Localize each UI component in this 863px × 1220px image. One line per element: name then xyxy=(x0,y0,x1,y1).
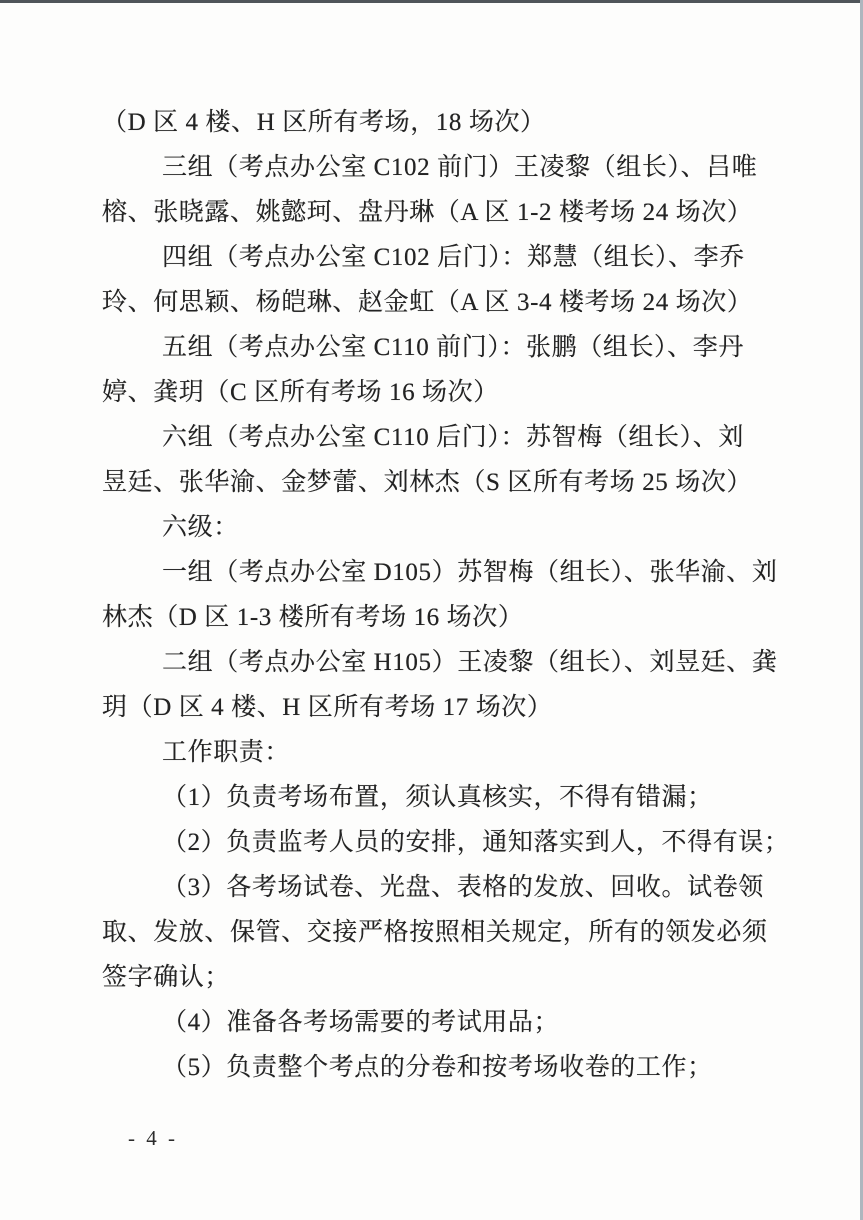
text-line: 二组（考点办公室 H105）王凌黎（组长）、刘昱廷、龚 xyxy=(102,640,770,685)
text-line: 六组（考点办公室 C110 后门）：苏智梅（组长）、刘 xyxy=(102,415,770,460)
text-line: 林杰（D 区 1-3 楼所有考场 16 场次） xyxy=(102,595,770,640)
text-line: 婷、龚玥（C 区所有考场 16 场次） xyxy=(102,370,770,415)
text-line: 取、发放、保管、交接严格按照相关规定，所有的领发必须 xyxy=(102,910,770,955)
text-line: 四组（考点办公室 C102 后门）：郑慧（组长）、李乔 xyxy=(102,235,770,280)
text-line: 榕、张晓露、姚懿珂、盘丹琳（A 区 1-2 楼考场 24 场次） xyxy=(102,190,770,235)
text-line: 五组（考点办公室 C110 前门）：张鹏（组长）、李丹 xyxy=(102,325,770,370)
scan-edge-top-line xyxy=(0,0,863,3)
text-line: （2）负责监考人员的安排，通知落实到人，不得有误； xyxy=(102,820,770,865)
text-line: 一组（考点办公室 D105）苏智梅（组长）、张华渝、刘 xyxy=(102,550,770,595)
text-line: 签字确认； xyxy=(102,955,770,1000)
document-body-text: （D 区 4 楼、H 区所有考场，18 场次）三组（考点办公室 C102 前门）… xyxy=(102,100,770,1090)
text-line: 工作职责： xyxy=(102,730,770,775)
text-line: 玥（D 区 4 楼、H 区所有考场 17 场次） xyxy=(102,685,770,730)
text-line: （3）各考场试卷、光盘、表格的发放、回收。试卷领 xyxy=(102,865,770,910)
text-line: 昱廷、张华渝、金梦蕾、刘林杰（S 区所有考场 25 场次） xyxy=(102,460,770,505)
text-line: 三组（考点办公室 C102 前门）王凌黎（组长）、吕唯 xyxy=(102,145,770,190)
text-line: （4）准备各考场需要的考试用品； xyxy=(102,1000,770,1045)
text-line: 六级： xyxy=(102,505,770,550)
document-page: （D 区 4 楼、H 区所有考场，18 场次）三组（考点办公室 C102 前门）… xyxy=(0,0,863,1220)
page-number: - 4 - xyxy=(128,1126,178,1151)
text-line: （D 区 4 楼、H 区所有考场，18 场次） xyxy=(102,100,770,145)
text-line: （1）负责考场布置，须认真核实，不得有错漏； xyxy=(102,775,770,820)
text-line: （5）负责整个考点的分卷和按考场收卷的工作； xyxy=(102,1045,770,1090)
text-line: 玲、何思颖、杨皑琳、赵金虹（A 区 3-4 楼考场 24 场次） xyxy=(102,280,770,325)
